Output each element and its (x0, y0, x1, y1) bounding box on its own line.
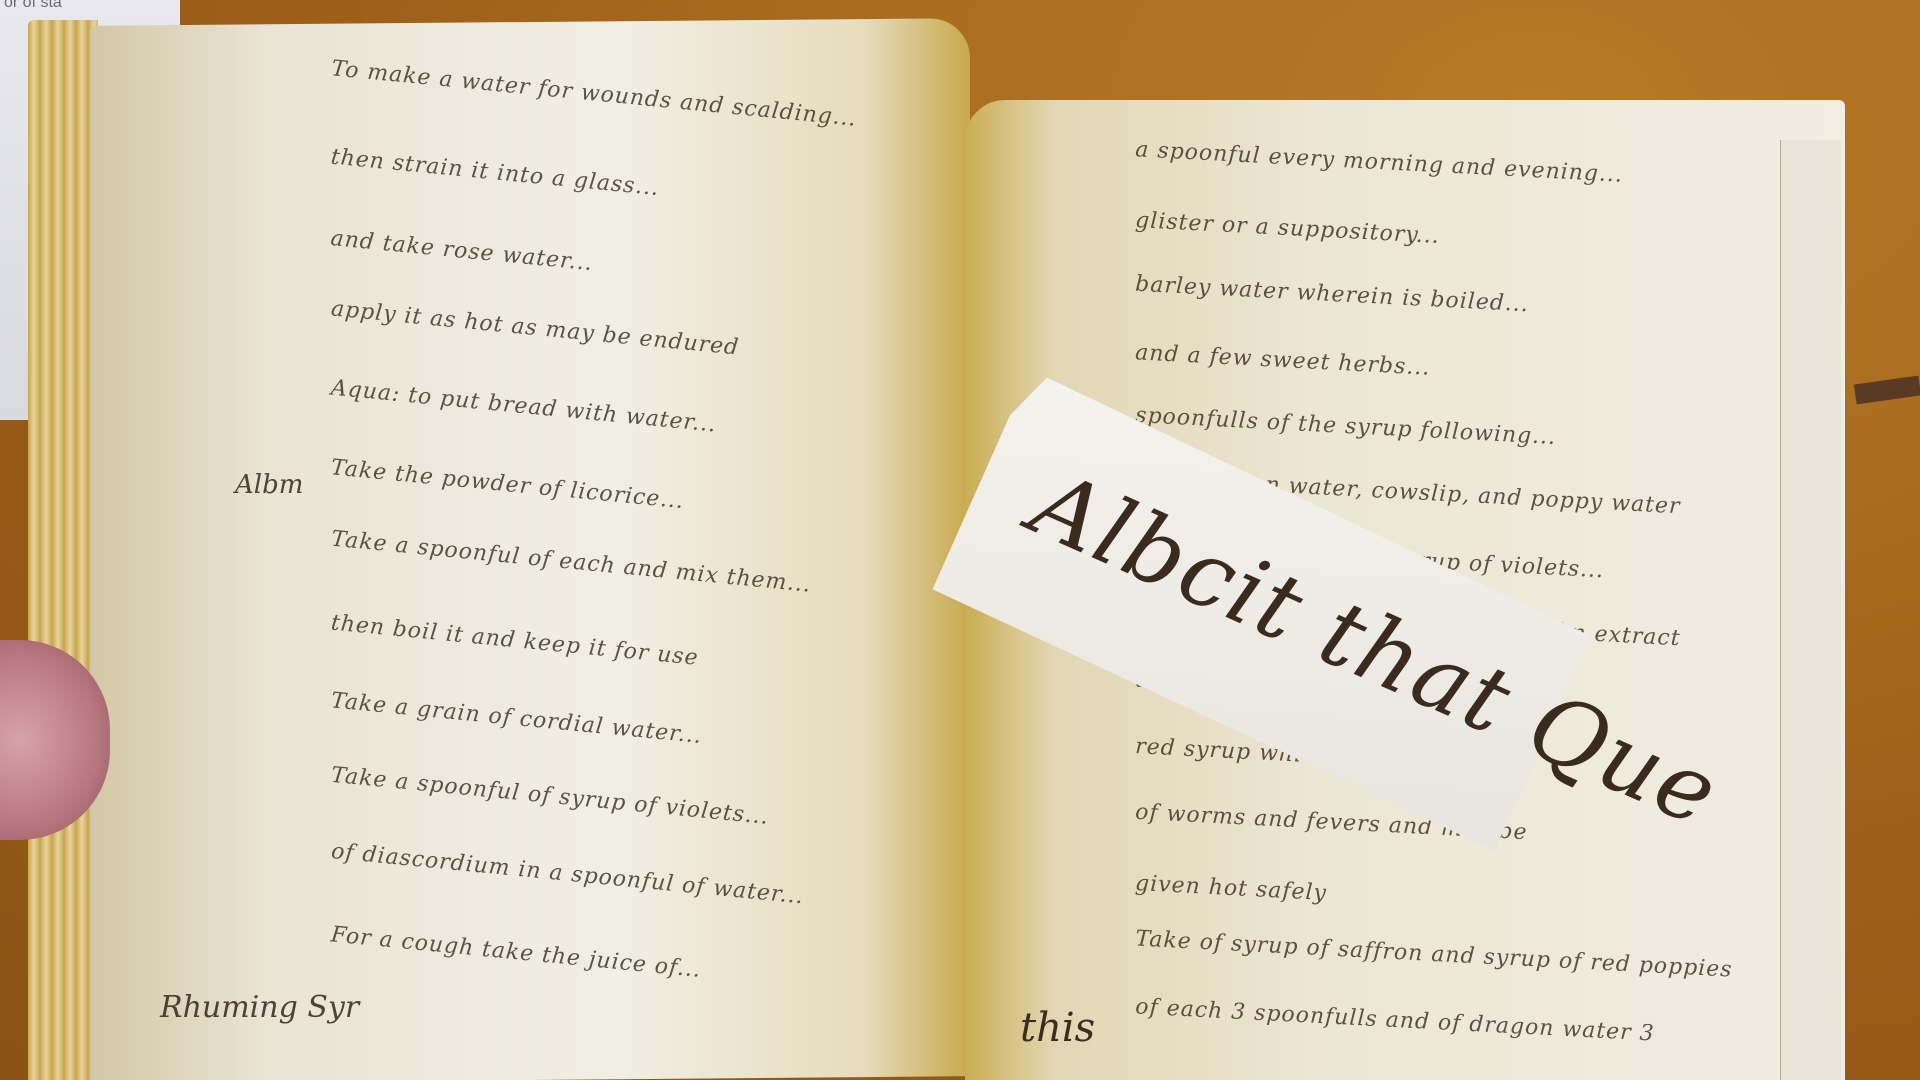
handwritten-line: glister or a suppository... (1135, 208, 1441, 249)
handwritten-line: Take a spoonful of syrup of violets... (330, 763, 770, 830)
handwritten-line: then boil it and keep it for use (330, 610, 700, 670)
handwritten-line: of diascordium in a spoonful of water... (330, 839, 805, 909)
paper-sheet-text: or of sta (4, 0, 62, 12)
handwritten-line: To make a water for wounds and scalding.… (330, 56, 858, 132)
handwritten-line: barley water wherein is boiled... (1135, 272, 1530, 318)
margin-note-left-bottom: Rhuming Syr (160, 990, 359, 1025)
margin-note-this: this (1020, 1005, 1095, 1051)
handwritten-line: For a cough take the juice of... (330, 922, 703, 983)
handwritten-line: a spoonful every morning and evening... (1135, 137, 1624, 188)
handwritten-line: spoonfulls of the syrup following... (1135, 403, 1557, 450)
handwritten-line: apply it as hot as may be endured (330, 296, 741, 360)
handwritten-line: then strain it into a glass... (330, 145, 661, 202)
handwritten-line: and take rose water... (329, 226, 594, 276)
handwritten-line: of each 3 spoonfulls and of dragon water… (1135, 994, 1656, 1046)
left-page: To make a water for wounds and scalding.… (90, 18, 970, 1080)
handwritten-line: Take the powder of licorice... (330, 455, 686, 514)
handwritten-line: Take a spoonful of each and mix them... (330, 527, 812, 598)
handwritten-line: Take of syrup of saffron and syrup of re… (1135, 926, 1733, 982)
handwritten-line: Aqua: to put bread with water... (330, 376, 718, 438)
book-page-edges (28, 20, 98, 1080)
handwritten-line: Take a grain of cordial water... (330, 688, 704, 749)
margin-note-left-mid: Albm (235, 470, 303, 500)
handwritten-line: given hot safely (1134, 871, 1327, 906)
handwritten-line: and a few sweet herbs... (1135, 340, 1431, 380)
right-page-underleaf (1780, 140, 1841, 1080)
